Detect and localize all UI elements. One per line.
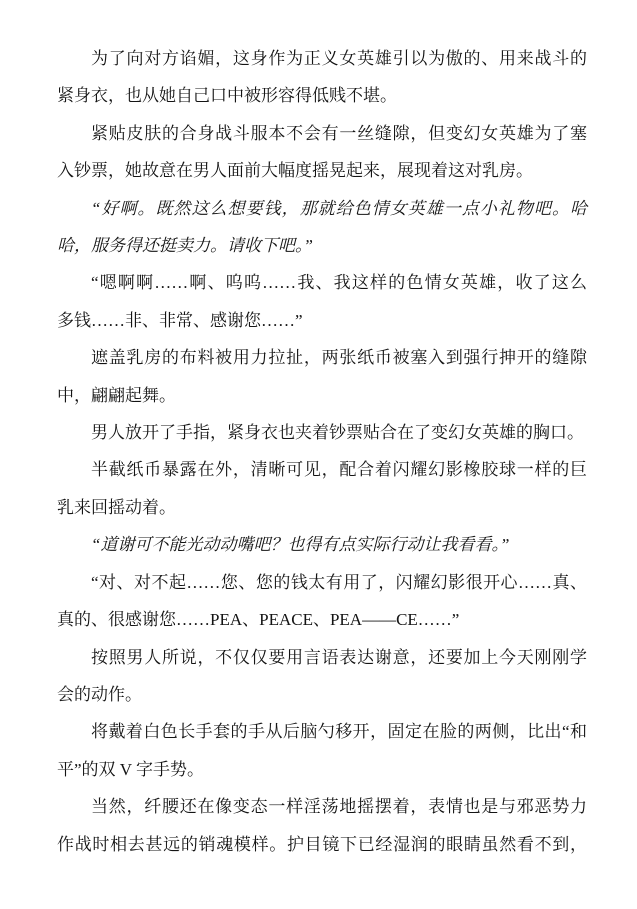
text-line: 乳来回摇动着。 bbox=[57, 489, 587, 526]
text-line: 紧身衣，也从她自己口中被形容得低贱不堪。 bbox=[57, 77, 587, 114]
text-line: 作战时相去甚远的销魂模样。护目镜下已经湿润的眼睛虽然看不到， bbox=[57, 826, 587, 863]
text-line: 遮盖乳房的布料被用力拉扯，两张纸币被塞入到强行抻开的缝隙 bbox=[57, 339, 587, 376]
paragraph: 半截纸币暴露在外，清晰可见，配合着闪耀幻影橡胶球一样的巨乳来回摇动着。 bbox=[57, 451, 587, 526]
text-line: “嗯啊啊……啊、呜呜……我、我这样的色情女英雄，收了这么 bbox=[57, 264, 587, 301]
paragraph: 紧贴皮肤的合身战斗服本不会有一丝缝隙，但变幻女英雄为了塞入钞票，她故意在男人面前… bbox=[57, 115, 587, 190]
text-line: “对、对不起……您、您的钱太有用了，闪耀幻影很开心……真、 bbox=[57, 564, 587, 601]
text-line: 为了向对方谄媚，这身作为正义女英雄引以为傲的、用来战斗的 bbox=[57, 40, 587, 77]
text-body: 为了向对方谄媚，这身作为正义女英雄引以为傲的、用来战斗的紧身衣，也从她自己口中被… bbox=[0, 0, 637, 863]
text-line: 真的、很感谢您……PEA、PEACE、PEA——CE……” bbox=[57, 601, 587, 638]
text-line: 男人放开了手指，紧身衣也夹着钞票贴合在了变幻女英雄的胸口。 bbox=[57, 414, 587, 451]
paragraph: “嗯啊啊……啊、呜呜……我、我这样的色情女英雄，收了这么多钱……非、非常、感谢您… bbox=[57, 264, 587, 339]
paragraph: “对、对不起……您、您的钱太有用了，闪耀幻影很开心……真、真的、很感谢您……PE… bbox=[57, 564, 587, 639]
paragraph: 男人放开了手指，紧身衣也夹着钞票贴合在了变幻女英雄的胸口。 bbox=[57, 414, 587, 451]
text-line: 多钱……非、非常、感谢您……” bbox=[57, 302, 587, 339]
text-line: 哈，服务得还挺卖力。请收下吧。” bbox=[57, 227, 587, 264]
dialogue-paragraph: “道谢可不能光动动嘴吧？也得有点实际行动让我看看。” bbox=[57, 526, 587, 563]
text-line: 紧贴皮肤的合身战斗服本不会有一丝缝隙，但变幻女英雄为了塞 bbox=[57, 115, 587, 152]
paragraph: 遮盖乳房的布料被用力拉扯，两张纸币被塞入到强行抻开的缝隙中，翩翩起舞。 bbox=[57, 339, 587, 414]
text-line: 将戴着白色长手套的手从后脑勺移开，固定在脸的两侧，比出“和 bbox=[57, 713, 587, 750]
text-line: 会的动作。 bbox=[57, 676, 587, 713]
paragraph: 按照男人所说，不仅仅要用言语表达谢意，还要加上今天刚刚学会的动作。 bbox=[57, 639, 587, 714]
text-line: 中，翩翩起舞。 bbox=[57, 377, 587, 414]
text-line: “道谢可不能光动动嘴吧？也得有点实际行动让我看看。” bbox=[57, 526, 587, 563]
text-line: 半截纸币暴露在外，清晰可见，配合着闪耀幻影橡胶球一样的巨 bbox=[57, 451, 587, 488]
text-line: 平”的双 V 字手势。 bbox=[57, 751, 587, 788]
text-line: 当然，纤腰还在像变态一样淫荡地摇摆着，表情也是与邪恶势力 bbox=[57, 788, 587, 825]
paragraph: 当然，纤腰还在像变态一样淫荡地摇摆着，表情也是与邪恶势力作战时相去甚远的销魂模样… bbox=[57, 788, 587, 863]
text-line: 入钞票，她故意在男人面前大幅度摇晃起来，展现着这对乳房。 bbox=[57, 152, 587, 189]
text-line: “好啊。既然这么想要钱，那就给色情女英雄一点小礼物吧。哈 bbox=[57, 190, 587, 227]
paragraph: 将戴着白色长手套的手从后脑勺移开，固定在脸的两侧，比出“和平”的双 V 字手势。 bbox=[57, 713, 587, 788]
text-line: 按照男人所说，不仅仅要用言语表达谢意，还要加上今天刚刚学 bbox=[57, 639, 587, 676]
dialogue-paragraph: “好啊。既然这么想要钱，那就给色情女英雄一点小礼物吧。哈哈，服务得还挺卖力。请收… bbox=[57, 190, 587, 265]
paragraph: 为了向对方谄媚，这身作为正义女英雄引以为傲的、用来战斗的紧身衣，也从她自己口中被… bbox=[57, 40, 587, 115]
document-page: 为了向对方谄媚，这身作为正义女英雄引以为傲的、用来战斗的紧身衣，也从她自己口中被… bbox=[0, 0, 637, 909]
